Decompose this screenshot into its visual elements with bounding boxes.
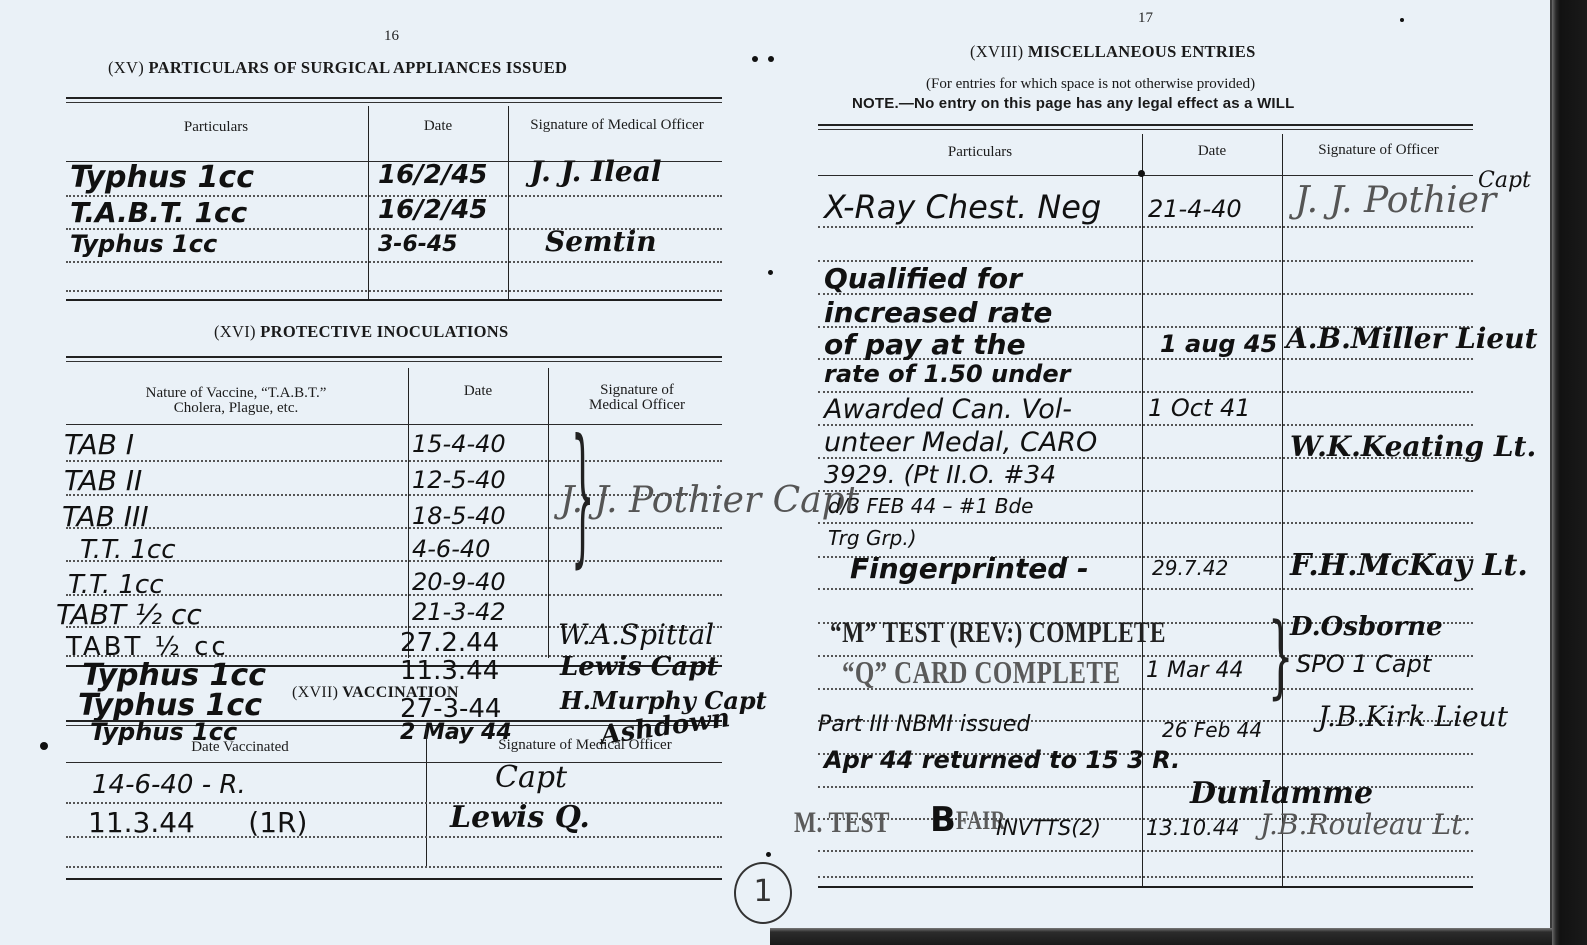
misc-entry-2-line-4: rate of 1.50 under bbox=[824, 360, 1070, 388]
misc-entry-5-signature: D.Osborne bbox=[1290, 612, 1443, 642]
page-number: 17 bbox=[1138, 10, 1153, 27]
misc-entry-2-date: 1 aug 45 bbox=[1160, 330, 1277, 358]
surgical-row-2-particulars: T.A.B.T. 1cc bbox=[70, 196, 247, 229]
ink-speck bbox=[768, 56, 774, 62]
dotted-line bbox=[66, 594, 722, 596]
inoc-row-2-date: 12-5-40 bbox=[412, 466, 506, 494]
misc-entry-1-date: 21-4-40 bbox=[1148, 195, 1242, 223]
surgical-row-3-particulars: Typhus 1cc bbox=[70, 230, 217, 258]
column-divider bbox=[1282, 134, 1283, 888]
dotted-line bbox=[818, 226, 1473, 228]
misc-entry-1-signature: J. J. Pothier bbox=[1295, 180, 1496, 221]
column-header-date: Date bbox=[368, 119, 508, 134]
misc-entry-7-date: 13.10.44 bbox=[1146, 816, 1240, 840]
column-header-signature: Signature of Medical Officer bbox=[450, 738, 720, 753]
document-spread: 16 (XV) PARTICULARS OF SURGICAL APPLIANC… bbox=[0, 0, 1587, 945]
will-note: NOTE.—No entry on this page has any lega… bbox=[852, 95, 1295, 112]
misc-entry-4-date: 29.7.42 bbox=[1152, 556, 1228, 580]
misc-entry-2-line-1: Qualified for bbox=[824, 262, 1022, 295]
book-edge-right bbox=[1552, 0, 1587, 945]
dotted-line bbox=[66, 802, 722, 804]
inoc-row-1-date: 15-4-40 bbox=[412, 430, 506, 458]
misc-entry-6-line-2: Apr 44 returned to 15 3 R. bbox=[824, 746, 1180, 774]
column-divider bbox=[1142, 134, 1143, 888]
column-divider bbox=[508, 106, 509, 299]
misc-entry-6-date: 26 Feb 44 bbox=[1162, 718, 1262, 742]
misc-entry-2-line-3: of pay at the bbox=[824, 328, 1026, 361]
dotted-line bbox=[818, 588, 1473, 590]
misc-entry-4-signature: F.H.McKay Lt. bbox=[1290, 548, 1528, 583]
vacc-row-1-date: 14-6-40 - R. bbox=[92, 770, 246, 800]
section-title-inoculations: (XVI) PROTECTIVE INOCULATIONS bbox=[214, 322, 508, 342]
misc-entry-3-line-4: d/3 FEB 44 – #1 Bde bbox=[828, 494, 1033, 518]
misc-entry-7-stamp-grade: B bbox=[930, 800, 956, 840]
column-divider bbox=[426, 728, 427, 868]
column-divider bbox=[408, 368, 409, 658]
misc-entry-7-stamp-m-test: M. TEST bbox=[794, 806, 890, 840]
surgical-row-3-date: 3-6-45 bbox=[378, 232, 458, 257]
misc-entry-6-line-1: Part III NBMI issued bbox=[818, 712, 1030, 737]
section-bottom-rule bbox=[818, 886, 1473, 888]
dotted-line bbox=[66, 261, 722, 263]
ink-speck bbox=[752, 56, 758, 62]
ink-speck bbox=[1400, 18, 1404, 22]
ink-speck bbox=[768, 270, 773, 275]
dotted-line bbox=[818, 522, 1473, 524]
ink-speck bbox=[766, 852, 771, 857]
inoc-row-6-vaccine: TABT ½ cc bbox=[56, 598, 202, 631]
dotted-line bbox=[66, 290, 722, 292]
misc-entry-1-particulars: X-Ray Chest. Neg bbox=[824, 188, 1101, 226]
column-header-signature: Signature of Officer bbox=[1286, 143, 1471, 158]
section-title-surgical-appliances: (XV) PARTICULARS OF SURGICAL APPLIANCES … bbox=[108, 58, 567, 78]
header-rule bbox=[66, 97, 722, 103]
dotted-line bbox=[818, 490, 1473, 492]
surgical-row-1-particulars: Typhus 1cc bbox=[70, 160, 254, 195]
inoc-row-2-vaccine: TAB II bbox=[64, 464, 142, 497]
inoc-row-5-vaccine: T.T. 1cc bbox=[68, 570, 164, 600]
misc-entry-5-date: 1 Mar 44 bbox=[1146, 658, 1244, 683]
misc-entry-3-line-2: unteer Medal, CARO bbox=[824, 427, 1097, 458]
book-edge-bottom bbox=[770, 928, 1560, 945]
misc-entry-3-line-5: Trg Grp.) bbox=[828, 526, 917, 550]
section-bottom-rule bbox=[66, 878, 722, 880]
misc-entry-4-particulars: Fingerprinted - bbox=[850, 552, 1089, 585]
misc-entry-3-signature: W.K.Keating Lt. bbox=[1290, 430, 1536, 463]
inoc-row-3-vaccine: TAB III bbox=[62, 500, 149, 533]
column-header-date: Date bbox=[408, 384, 548, 399]
misc-entry-5-signature-rank: SPO 1 Capt bbox=[1296, 650, 1431, 678]
dotted-line bbox=[66, 527, 722, 529]
header-bottom-rule bbox=[66, 762, 722, 763]
circled-annotation: 1 bbox=[734, 862, 792, 924]
misc-entry-7-particulars: INVTTS(2) bbox=[996, 816, 1101, 840]
misc-entry-2-signature: A.B.Miller Lieut bbox=[1286, 322, 1538, 355]
inoc-row-8-signature: Lewis Capt bbox=[560, 652, 719, 682]
right-page: 17 (XVIII) MISCELLANEOUS ENTRIES (For en… bbox=[790, 0, 1552, 935]
surgical-row-1-signature: J. J. Ileal bbox=[530, 155, 661, 188]
misc-entry-1-rank: Capt bbox=[1478, 168, 1531, 193]
column-header-particulars: Particulars bbox=[66, 120, 366, 135]
column-divider bbox=[368, 106, 369, 299]
dotted-line bbox=[818, 391, 1473, 393]
inoc-row-7-signature: W.A.Spittal bbox=[558, 618, 714, 651]
section-bottom-rule bbox=[66, 299, 722, 301]
dotted-line bbox=[818, 850, 1473, 852]
inoc-row-8-date: 11.3.44 bbox=[400, 656, 499, 686]
misc-entry-6-signature-2: Dunlamme bbox=[1190, 776, 1373, 811]
page-number: 16 bbox=[384, 28, 399, 45]
misc-entry-5-stamp-m-test: “M” TEST (REV:) COMPLETE bbox=[830, 616, 1166, 650]
vacc-row-2-date: 11.3.44 (1R) bbox=[88, 806, 307, 839]
inoc-row-5-date: 20-9-40 bbox=[412, 568, 506, 596]
misc-entry-3-date: 1 Oct 41 bbox=[1148, 394, 1251, 422]
dotted-line bbox=[66, 866, 722, 868]
misc-entry-5-stamp-q-card: “Q” CARD COMPLETE bbox=[842, 654, 1120, 691]
misc-entry-6-signature: J.B.Kirk Lieut bbox=[1318, 700, 1508, 733]
surgical-row-1-date: 16/2/45 bbox=[378, 160, 487, 190]
vacc-row-1-signature: Capt bbox=[495, 760, 567, 795]
inoc-row-4-vaccine: T.T. 1cc bbox=[80, 535, 176, 565]
dotted-line bbox=[818, 786, 1473, 788]
column-header-vaccine: Nature of Vaccine, “T.A.B.T.” Cholera, P… bbox=[66, 386, 406, 416]
vacc-row-2-signature: Lewis Q. bbox=[450, 800, 590, 835]
header-rule bbox=[818, 124, 1473, 130]
column-header-date: Date bbox=[1142, 144, 1282, 159]
header-rule bbox=[66, 356, 722, 362]
surgical-row-2-date: 16/2/45 bbox=[378, 195, 487, 225]
section-title-misc: (XVIII) MISCELLANEOUS ENTRIES bbox=[970, 42, 1256, 62]
misc-entry-3-line-3: 3929. (Pt II.O. #34 bbox=[824, 460, 1056, 489]
section-subtitle: (For entries for which space is not othe… bbox=[926, 76, 1255, 93]
left-page: 16 (XV) PARTICULARS OF SURGICAL APPLIANC… bbox=[0, 0, 790, 935]
inoc-row-1-vaccine: TAB I bbox=[64, 428, 134, 461]
ink-speck bbox=[40, 742, 48, 750]
dotted-line bbox=[818, 876, 1473, 878]
inoc-row-3-date: 18-5-40 bbox=[412, 502, 506, 530]
column-divider bbox=[548, 368, 549, 658]
column-header-particulars: Particulars bbox=[818, 145, 1142, 160]
misc-entry-2-line-2: increased rate bbox=[824, 296, 1052, 329]
column-header-date-vaccinated: Date Vaccinated bbox=[130, 740, 350, 755]
inoc-row-9-signature: H.Murphy Capt bbox=[560, 686, 767, 715]
header-bottom-rule bbox=[66, 424, 722, 425]
inoc-row-7-date: 27.2.44 bbox=[400, 628, 499, 658]
ink-speck bbox=[1138, 170, 1145, 177]
misc-entry-7-signature: J.B.Rouleau Lt. bbox=[1260, 808, 1471, 841]
surgical-row-3-signature: Semtin bbox=[545, 225, 657, 258]
inoc-row-6-date: 21-3-42 bbox=[412, 598, 506, 626]
header-bottom-rule bbox=[818, 175, 1473, 176]
misc-entry-3-line-1: Awarded Can. Vol- bbox=[824, 394, 1072, 425]
column-header-signature: Signature of Medical Officer bbox=[512, 118, 722, 133]
inoc-row-4-date: 4-6-40 bbox=[412, 535, 490, 563]
dotted-line bbox=[66, 460, 722, 462]
page-edge bbox=[1540, 0, 1552, 928]
